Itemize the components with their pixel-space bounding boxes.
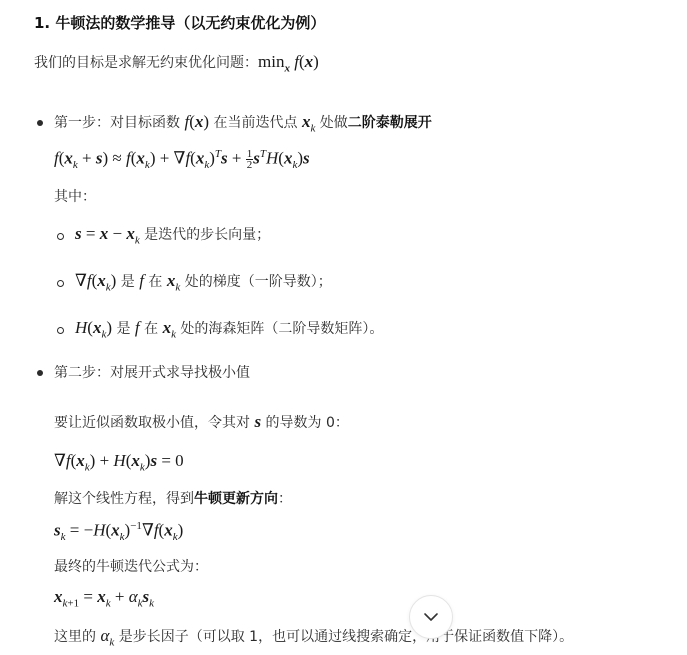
newton-iteration-equation: xk+1 = xk + αksk [54, 587, 154, 609]
intro-text: 我们的目标是求解无约束优化问题： [34, 55, 258, 71]
step1-bold: 二阶泰勒展开 [348, 115, 432, 131]
stationary-equation: ∇f(xk) + H(xk)s = 0 [54, 451, 184, 473]
where-label: 其中： [54, 186, 96, 206]
fx-math: f(x) [184, 112, 209, 131]
sub-item-hessian: H(xk) 是 f 在 xk 处的海森矩阵（二阶导数矩阵）。 [75, 318, 383, 340]
section-heading: 1. 牛顿法的数学推导（以无约束优化为例） [34, 12, 325, 33]
intro-paragraph: 我们的目标是求解无约束优化问题：minx f(x) [34, 52, 319, 74]
bullet-icon [37, 120, 43, 126]
step2-para1: 要让近似函数取极小值，令其对 s 的导数为 0： [54, 412, 349, 432]
sub-item-text: 是迭代的步长向量； [140, 227, 270, 243]
xk-math: xk [302, 112, 315, 131]
step1-text: 第一步：对目标函数 f(x) 在当前迭代点 xk 处做二阶泰勒展开 [54, 112, 432, 134]
step1-tail: 处做 [315, 115, 347, 131]
hollow-bullet-icon [57, 327, 64, 334]
step2-para3: 最终的牛顿迭代公式为： [54, 556, 208, 576]
bullet-icon [37, 370, 43, 376]
chevron-down-icon [423, 612, 439, 622]
sub-item-step-vector: s = x − xk 是迭代的步长向量； [75, 224, 270, 246]
step2-para4: 这里的 αk 是步长因子（可以取 1，也可以通过线搜索确定，用于保证函数值下降）… [54, 626, 573, 648]
taylor-formula: f(xk + s) ≈ f(xk) + ∇f(xk)Ts + 12sTH(xk)… [54, 148, 310, 171]
step1-label: 第一步：对目标函数 [54, 115, 184, 131]
para2-prefix: 解这个线性方程，得到 [54, 491, 194, 507]
intro-math: minx f(x) [258, 52, 319, 71]
hollow-bullet-icon [57, 280, 64, 287]
scroll-to-bottom-button[interactable] [409, 595, 453, 639]
step1-mid: 在当前迭代点 [209, 115, 302, 131]
document-body: 1. 牛顿法的数学推导（以无约束优化为例） 我们的目标是求解无约束优化问题：mi… [0, 0, 687, 655]
newton-direction-equation: sk = −H(xk)−1∇f(xk) [54, 520, 183, 543]
step2-para2: 解这个线性方程，得到牛顿更新方向： [54, 488, 292, 508]
sub-item-gradient: ∇f(xk) 是 f 在 xk 处的梯度（一阶导数）； [75, 271, 332, 293]
step2-label: 第二步：对展开式求导找极小值 [54, 362, 250, 382]
para4-prefix: 这里的 [54, 629, 100, 645]
para2-suffix: ： [278, 491, 292, 507]
hollow-bullet-icon [57, 233, 64, 240]
para2-bold: 牛顿更新方向 [194, 491, 278, 507]
para4-suffix: 是步长因子（可以取 1，也可以通过线搜索确定，用于保证函数值下降）。 [114, 629, 573, 645]
